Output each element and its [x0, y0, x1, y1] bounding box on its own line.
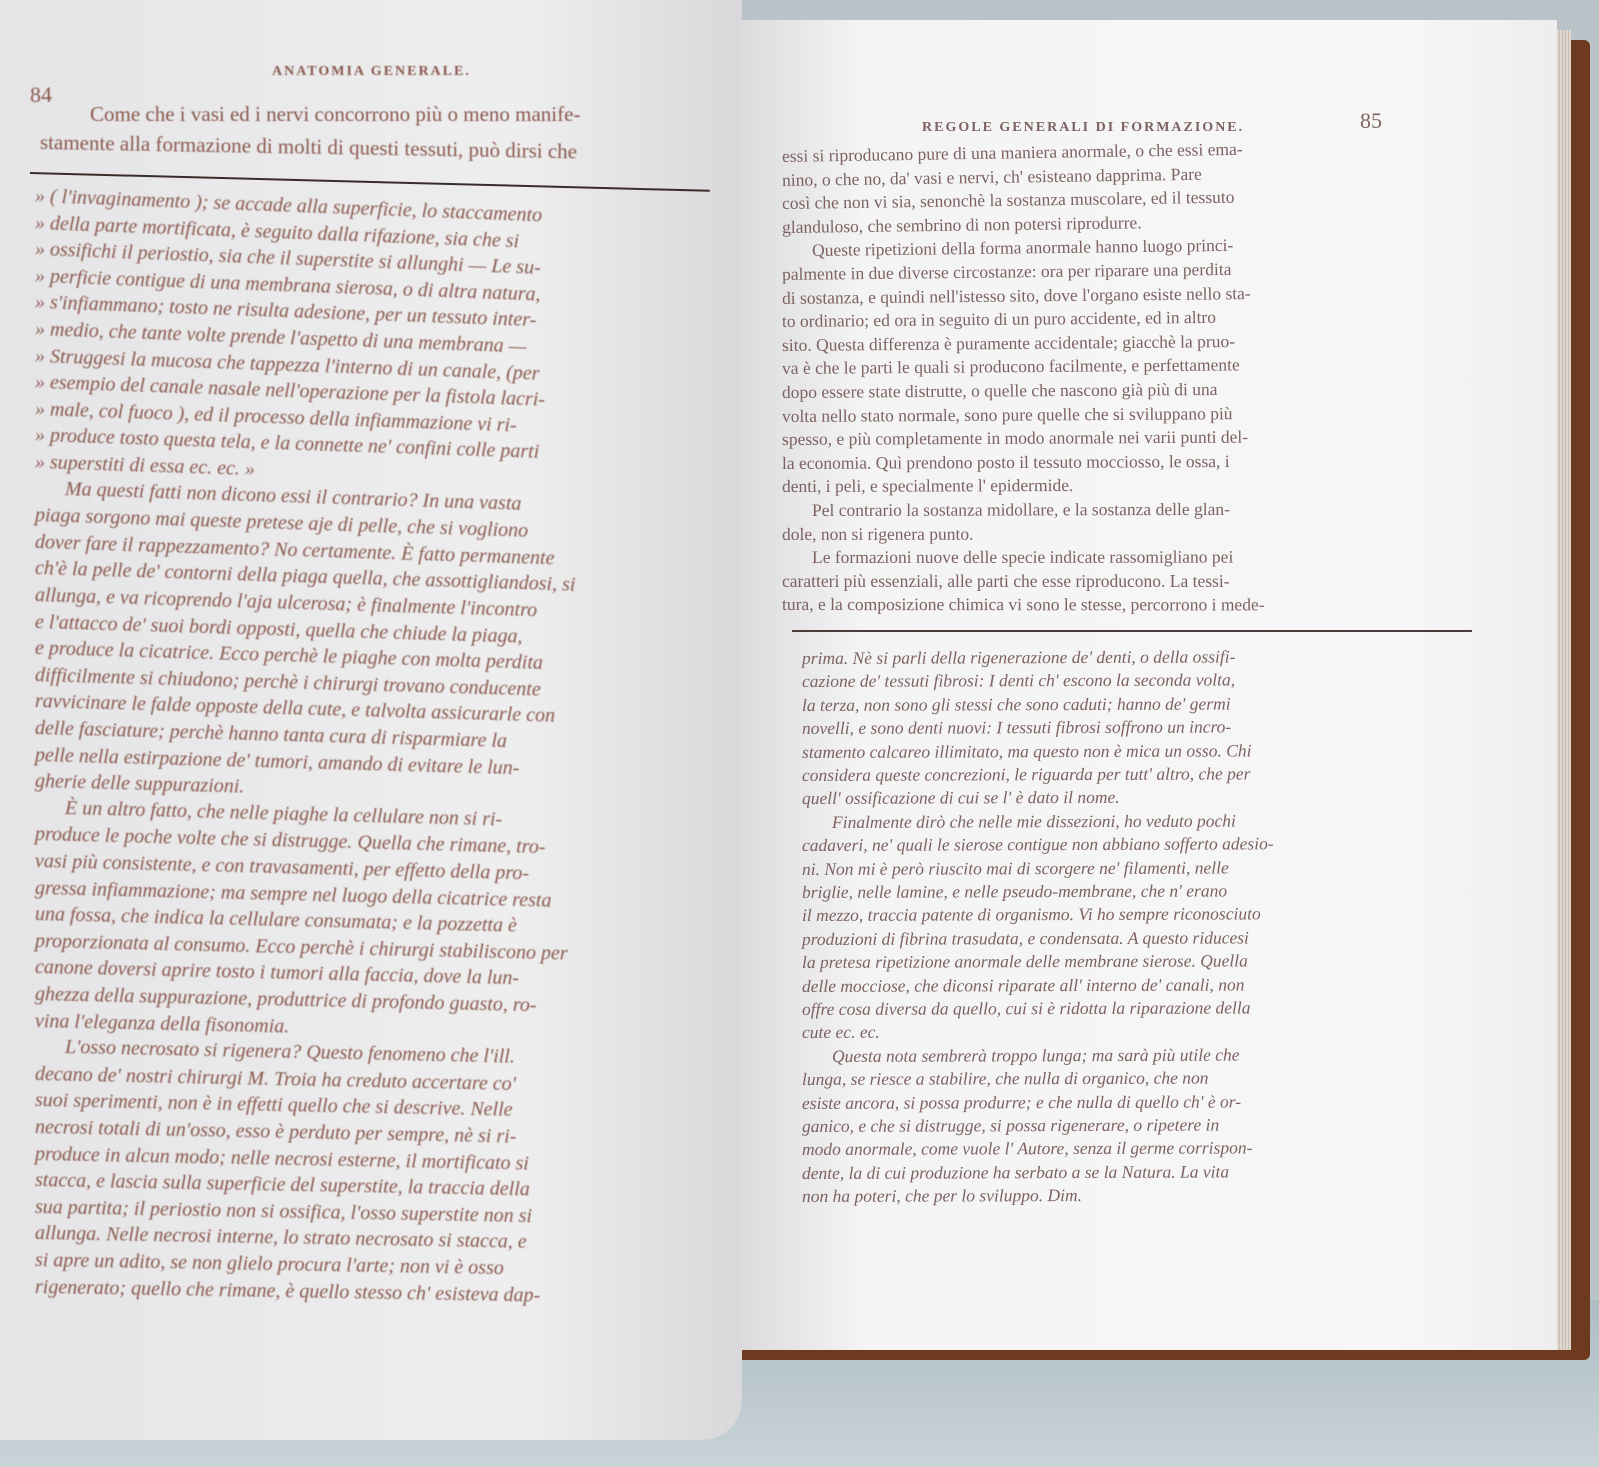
- right-page-number: 85: [1360, 108, 1382, 134]
- right-footnote-line: non ha poteri, che per lo sviluppo. Dim.: [802, 1181, 1082, 1210]
- left-main-line: Come che i vasi ed i nervi concorrono pi…: [90, 100, 580, 128]
- page-edges: [1557, 30, 1571, 1350]
- left-page: 84 ANATOMIA GENERALE. Come che i vasi ed…: [0, 0, 742, 1440]
- right-running-head: REGOLE GENERALI DI FORMAZIONE.: [922, 120, 1244, 136]
- footnote-separator: [792, 630, 1472, 632]
- left-page-number: 84: [30, 82, 52, 108]
- left-running-head: ANATOMIA GENERALE.: [272, 64, 471, 80]
- right-main-line: tura, e la composizione chimica vi sono …: [782, 590, 1265, 618]
- right-page: REGOLE GENERALI DI FORMAZIONE. 85 essi s…: [742, 20, 1557, 1350]
- left-main-line: stamente alla formazione di molti di que…: [40, 128, 578, 165]
